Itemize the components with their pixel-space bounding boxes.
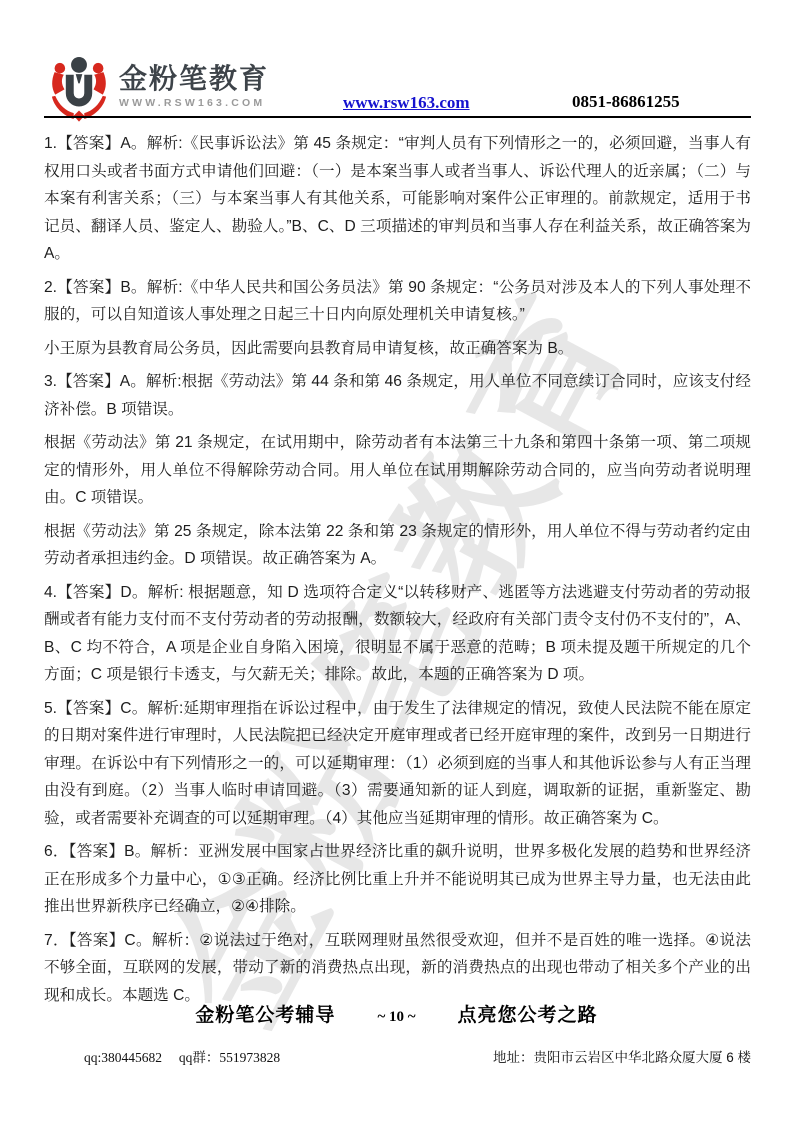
logo-title: 金粉笔教育 [119,64,269,94]
answer-paragraph-7: 7．【答案】C。解析：②说法过于绝对，互联网理财虽然很受欢迎，但并不是百姓的唯一… [44,927,751,1010]
header-divider [44,116,751,118]
answer-explanations: 1.【答案】A。解析:《民事诉讼法》第 45 条规定：“审判人员有下列情形之一的… [44,130,751,1015]
answer-paragraph-5: 5.【答案】C。解析:延期审理指在诉讼过程中，由于发生了法律规定的情况，致使人民… [44,695,751,833]
answer-paragraph-3c: 根据《劳动法》第 25 条规定，除本法第 22 条和第 23 条规定的情形外，用… [44,518,751,573]
footer-brand: 金粉笔公考辅导 [195,1000,335,1027]
answer-paragraph-4: 4.【答案】D。解析: 根据题意，知 D 选项符合定义“以转移财产、逃匿等方法逃… [44,579,751,689]
answer-paragraph-2b: 小王原为县教育局公务员，因此需要向县教育局申请复核，故正确答案为 B。 [44,335,751,363]
jinfenbi-logo-icon [46,52,112,124]
footer-contact-row: qq:380445682 qq群：551973828 地址：贵阳市云岩区中华北路… [44,1046,751,1066]
address: 地址：贵阳市云岩区中华北路众厦大厦 6 楼 [493,1046,751,1066]
logo-text: 金粉笔教育 WWW.RSW163.COM [119,52,269,109]
phone-number: 0851-86861255 [572,92,680,112]
answer-paragraph-6: 6．【答案】B。解析：亚洲发展中国家占世界经济比重的飙升说明，世界多极化发展的趋… [44,838,751,921]
answer-paragraph-1: 1.【答案】A。解析:《民事诉讼法》第 45 条规定：“审判人员有下列情形之一的… [44,130,751,268]
answer-paragraph-3: 3.【答案】A。解析:根据《劳动法》第 44 条和第 46 条规定，用人单位不同… [44,368,751,423]
page-number: ~ 10 ~ [377,1009,415,1026]
logo: 金粉笔教育 WWW.RSW163.COM [46,52,269,124]
footer-title-row: 金粉笔公考辅导 ~ 10 ~ 点亮您公考之路 [0,1000,793,1027]
answer-paragraph-2: 2.【答案】B。解析:《中华人民共和国公务员法》第 90 条规定：“公务员对涉及… [44,274,751,329]
qq-contact: qq:380445682 qq群：551973828 [84,1046,280,1066]
website-link[interactable]: www.rsw163.com [343,93,470,113]
answer-paragraph-3b: 根据《劳动法》第 21 条规定，在试用期中，除劳动者有本法第三十九条和第四十条第… [44,429,751,512]
logo-subtitle: WWW.RSW163.COM [119,97,269,109]
footer-slogan: 点亮您公考之路 [458,1000,598,1027]
document-page: 金粉笔教育 金粉笔教育 WWW.RSW163.COM www.rsw163.co… [0,0,793,1122]
